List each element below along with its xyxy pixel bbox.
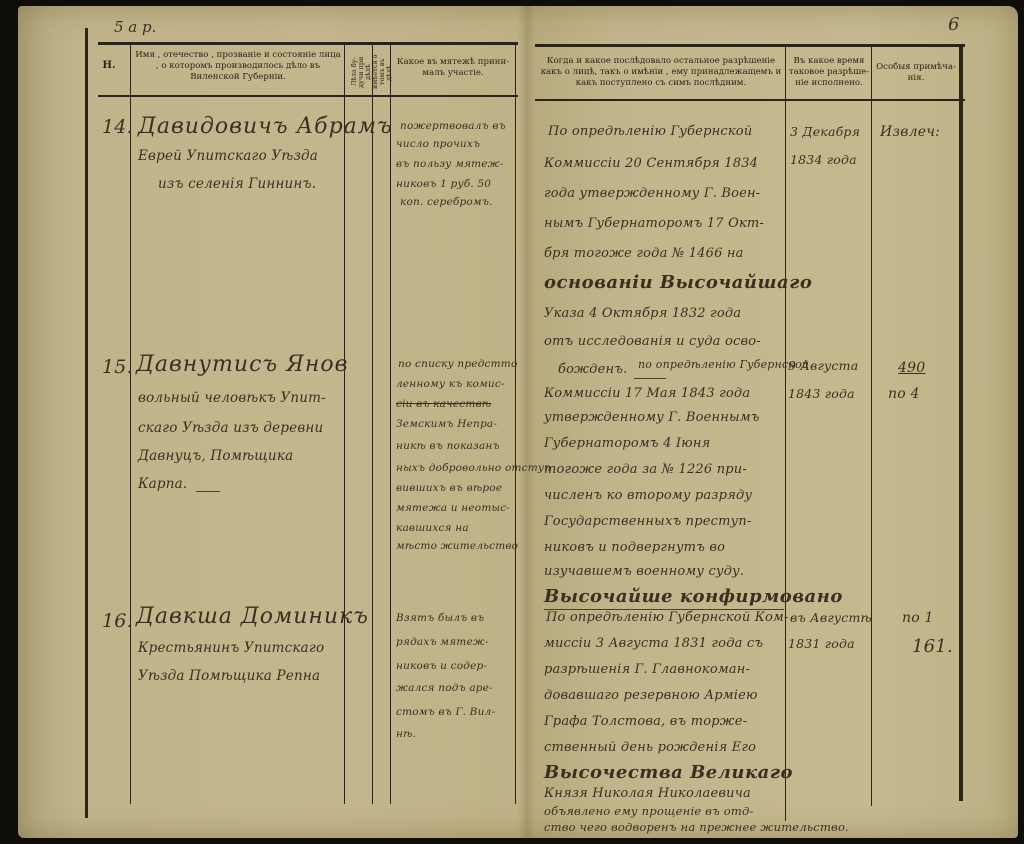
right-border-line xyxy=(959,46,963,801)
resolution-line: ство чего водворенъ на прежнее жительств… xyxy=(544,820,849,834)
resolution-line: божденъ. xyxy=(558,362,627,377)
participation-line: никовъ 1 руб. 50 xyxy=(396,178,491,190)
person-name: Давкша Доминикъ xyxy=(136,604,369,629)
end-dash xyxy=(196,491,220,492)
row-number: 16. xyxy=(102,610,133,632)
participation-line: никовъ и содер- xyxy=(396,660,487,672)
participation-line: Взятъ былъ въ xyxy=(396,612,484,624)
row-number: 14. xyxy=(102,116,133,138)
person-name: Давнутисъ Янов xyxy=(136,352,348,377)
participation-line: рядахъ мятеж- xyxy=(396,636,489,648)
resolution-emphasis: основаніи Высочайшаго xyxy=(544,272,812,293)
participation-line: въ пользу мятеж- xyxy=(396,158,504,170)
resolution-line: Указа 4 Октября 1832 года xyxy=(544,306,741,321)
resolution-line: численъ ко второму разряду xyxy=(544,488,752,503)
header-rule-right xyxy=(535,99,965,101)
resolution-line: бря тогоже года № 1466 на xyxy=(544,246,744,261)
participation-line: число прочихъ xyxy=(396,138,480,150)
col-divider-number xyxy=(130,44,131,804)
end-dash xyxy=(634,378,666,379)
col-divider-participation xyxy=(515,44,516,804)
participation-line: нѣ. xyxy=(396,728,416,740)
participation-line: коп. серебромъ. xyxy=(400,196,493,208)
remarks-line: по 4 xyxy=(888,386,920,402)
remarks-line: 161. xyxy=(912,636,953,657)
person-line: Карпа. xyxy=(138,476,187,492)
top-rule-left xyxy=(98,42,518,45)
participation-line: жался подъ аре- xyxy=(396,682,493,694)
participation-line: ленному къ комис- xyxy=(396,378,505,390)
resolution-line: Князя Николая Николаевича xyxy=(544,786,751,801)
resolution-line: объявлено ему прощеніе въ отд- xyxy=(544,804,754,818)
remarks-line: 490 xyxy=(898,360,925,376)
col-divider-age-right xyxy=(390,44,391,804)
person-line: Крестьянинъ Упитскаго xyxy=(138,640,324,656)
participation-line: Земскимъ Непра- xyxy=(396,418,497,430)
participation-line: мятежа и неотыс- xyxy=(396,502,510,514)
person-line: скаго Уѣзда изъ деревни xyxy=(138,420,323,436)
executed-line: 1843 года xyxy=(788,386,855,401)
person-line: Уѣзда Помѣщика Репна xyxy=(138,668,320,684)
person-line: изъ селенія Гиннинъ. xyxy=(158,176,316,192)
resolution-line: никовъ и подвергнутъ во xyxy=(544,540,725,555)
col-divider-executed xyxy=(871,46,872,806)
margin-note-right: 6 xyxy=(948,14,959,35)
resolution-line: По опредѣленію Губернской xyxy=(548,124,752,139)
participation-line: ныхъ добровольно отступ xyxy=(396,462,551,474)
participation-line: никѣ въ показанъ xyxy=(396,440,500,452)
header-resolution: Когда и какое послѣдовало остальное разр… xyxy=(538,56,784,89)
document-page: 5 a p. 6 Н. Имя , отечество , прозваніе … xyxy=(18,6,1018,838)
person-line: вольный человѣкъ Упит- xyxy=(138,390,326,406)
margin-note-left: 5 a p. xyxy=(114,18,156,36)
resolution-line: ственный день рожденія Его xyxy=(544,740,756,755)
participation-line: сіи въ качествѣ xyxy=(396,398,491,410)
resolution-line: Коммиссіи 17 Мая 1843 года xyxy=(544,386,750,401)
resolution-line: основаніи Высочайшаго xyxy=(544,272,812,293)
resolution-line: Высочайше конфирмовано xyxy=(544,586,843,607)
resolution-line: нымъ Губернаторомъ 17 Окт- xyxy=(544,216,764,231)
resolution-line: миссіи 3 Августа 1831 года съ xyxy=(544,636,763,651)
executed-line: 3 Декабря xyxy=(790,124,860,139)
participation-line: пожертвовалъ въ xyxy=(400,120,506,132)
header-number: Н. xyxy=(88,60,130,71)
resolution-emphasis: Высочайше конфирмовано xyxy=(544,586,843,607)
header-executed: Въ какое время таковое разрѣше-ніе испол… xyxy=(788,56,870,89)
remarks-line: Извлеч: xyxy=(880,124,940,140)
resolution-line: разрѣшенія Г. Главнокоман- xyxy=(544,662,750,677)
resolution-line: года утвержденному Г. Воен- xyxy=(544,186,760,201)
executed-line: 1834 года xyxy=(790,152,857,167)
participation-line: стомъ въ Г. Вил- xyxy=(396,706,495,718)
row-number: 15. xyxy=(102,356,133,378)
person-name: Давидовичъ Абрамъ xyxy=(138,114,393,139)
person-surname: Давкша Доминикъ xyxy=(136,604,369,629)
participation-line: мѣсто жительство xyxy=(396,540,518,552)
top-rule-right xyxy=(535,44,965,47)
executed-line: въ Августѣ xyxy=(790,610,872,625)
participation-line: по списку предстто xyxy=(398,358,517,370)
resolution-line: отъ исследованія и суда осво- xyxy=(544,334,761,349)
resolution-line: утвержденному Г. Военнымъ xyxy=(544,410,760,425)
left-border-line xyxy=(85,28,88,818)
header-remarks: Особыя примѣча-нія. xyxy=(874,62,958,84)
executed-line: 1831 года xyxy=(788,636,855,651)
resolution-line: По опредѣленію Губернской Ком- xyxy=(546,610,789,625)
person-surname: Давидовичъ Абрамъ xyxy=(138,114,393,139)
resolution-line: довавшаго резервною Арміею xyxy=(544,688,758,703)
remarks-line: по 1 xyxy=(902,610,934,626)
person-line: Давнуцъ, Помѣщика xyxy=(138,448,293,464)
header-age: Лѣта бу-дучи при дѣлѣ имѣется о томъ въ … xyxy=(351,50,387,94)
participation-line: вившихъ въ вѣрое xyxy=(396,482,502,494)
col-divider-person xyxy=(344,44,345,804)
col-divider-resolution xyxy=(785,46,786,821)
executed-line: 9 Августа xyxy=(788,358,858,373)
col-divider-age xyxy=(372,44,373,804)
resolution-line: тогоже года за № 1226 при- xyxy=(544,462,747,477)
resolution-line: Высочества Великаго xyxy=(544,762,793,783)
participation-line: кавшихся на xyxy=(396,522,469,534)
header-person: Имя , отечество , прозваніе и состояніе … xyxy=(134,50,342,83)
resolution-line: по опредѣленію Губернской xyxy=(638,358,809,371)
header-participation: Какое въ мятежѣ прини-малъ участіе. xyxy=(392,57,514,79)
header-rule-left xyxy=(98,95,518,97)
resolution-line: изучавшемъ военному суду. xyxy=(544,564,744,579)
resolution-line: Коммиссіи 20 Сентября 1834 xyxy=(544,156,758,171)
resolution-line: Графа Толстова, въ торже- xyxy=(544,714,747,729)
resolution-line: Губернаторомъ 4 Іюня xyxy=(544,436,710,451)
resolution-emphasis: Высочества Великаго xyxy=(544,762,793,783)
person-line: Еврей Упитскаго Уѣзда xyxy=(138,148,318,164)
person-surname: Давнутисъ Янов xyxy=(136,352,348,377)
resolution-line: Государственныхъ преступ- xyxy=(544,514,752,529)
